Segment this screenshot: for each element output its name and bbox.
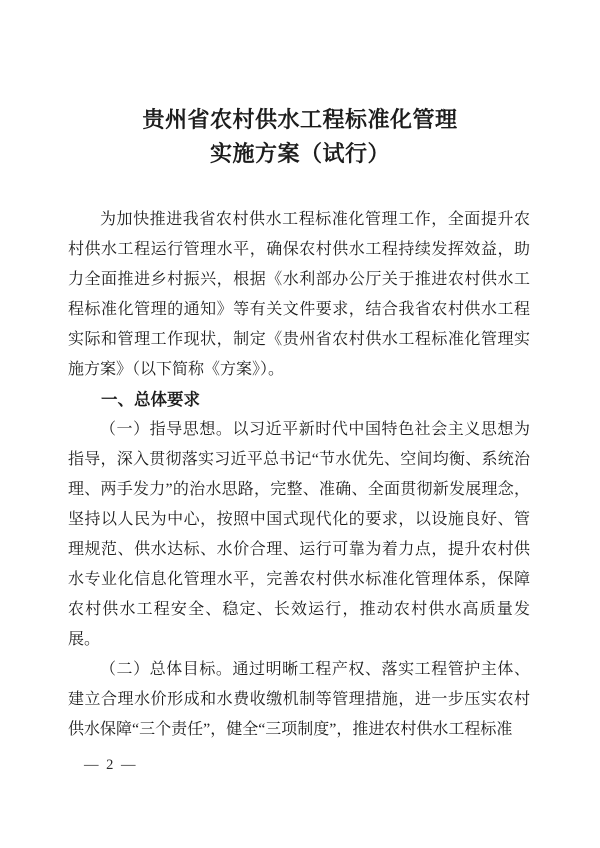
section-heading-overall-requirements: 一、总体要求: [68, 385, 530, 415]
document-page: 贵州省农村供水工程标准化管理 实施方案（试行） 为加快推进我省农村供水工程标准化…: [0, 0, 600, 848]
paragraph-overall-goal: （二）总体目标。通过明晰工程产权、落实工程管护主体、建立合理水价形成和水费收缴机…: [68, 655, 530, 745]
page-number: — 2 —: [84, 757, 138, 774]
paragraph-intro: 为加快推进我省农村供水工程标准化管理工作，全面提升农村供水工程运行管理水平，确保…: [68, 205, 530, 385]
document-title: 贵州省农村供水工程标准化管理 实施方案（试行）: [0, 0, 600, 171]
paragraph-guiding-ideology: （一）指导思想。以习近平新时代中国特色社会主义思想为指导，深入贯彻落实习近平总书…: [68, 415, 530, 655]
document-body: 为加快推进我省农村供水工程标准化管理工作，全面提升农村供水工程运行管理水平，确保…: [68, 205, 530, 745]
document-title-line-1: 贵州省农村供水工程标准化管理: [0, 103, 600, 137]
document-title-line-2: 实施方案（试行）: [0, 137, 600, 171]
